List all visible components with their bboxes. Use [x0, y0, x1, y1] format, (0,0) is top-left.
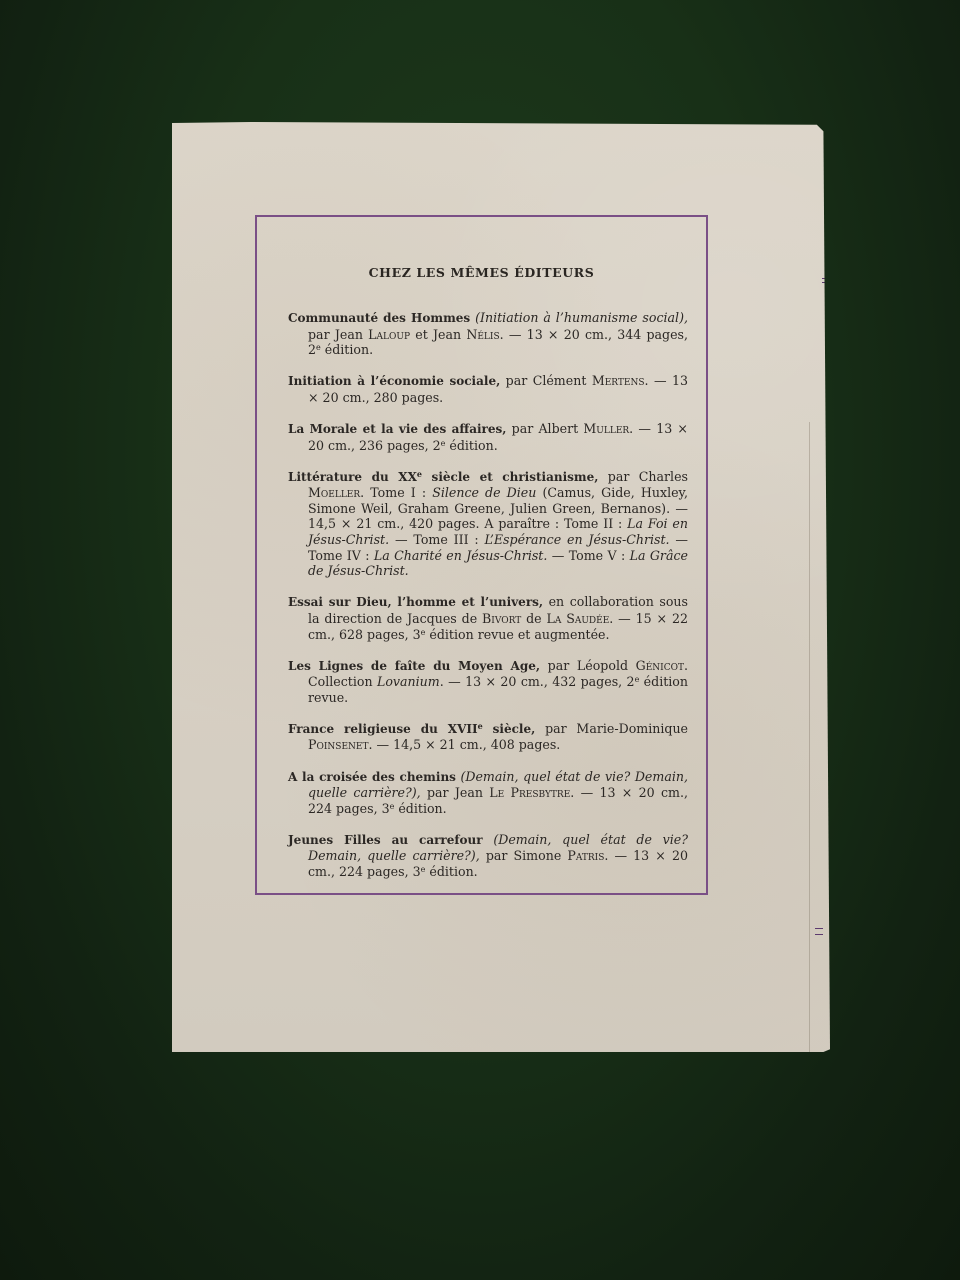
book-entry: Jeunes Filles au carrefour (Demain, quel…	[288, 832, 688, 880]
edge-mark	[815, 928, 823, 935]
book-entry: La Morale et la vie des affaires, par Al…	[288, 421, 688, 453]
book-title: Initiation à l’économie sociale,	[288, 374, 500, 388]
book-title: La Morale et la vie des affaires,	[288, 422, 506, 436]
author-name: Bivort	[482, 611, 521, 626]
book-title: Jeunes Filles au carrefour	[288, 833, 483, 847]
book-title: Essai sur Dieu, l’homme et l’univers,	[288, 595, 543, 609]
page-heading: CHEZ LES MÊMES ÉDITEURS	[257, 265, 706, 280]
author-name: Mertens	[592, 373, 645, 388]
edge-mark	[822, 278, 827, 283]
author-name: Nélis	[466, 327, 499, 342]
book-entry: Les Lignes de faîte du Moyen Age, par Lé…	[288, 658, 688, 706]
book-back-cover: CHEZ LES MÊMES ÉDITEURS Communauté des H…	[172, 122, 830, 1052]
book-entry: Essai sur Dieu, l’homme et l’univers, en…	[288, 594, 688, 642]
author-name: La Saudée	[546, 611, 609, 626]
text-frame: CHEZ LES MÊMES ÉDITEURS Communauté des H…	[255, 215, 708, 895]
book-title: Les Lignes de faîte du Moyen Age,	[288, 659, 540, 673]
book-title: Littérature du XXe siècle et christianis…	[288, 470, 598, 484]
book-list: Communauté des Hommes (Initiation à l’hu…	[288, 310, 688, 895]
author-name: Laloup	[368, 327, 410, 342]
book-title: A la croisée des chemins	[288, 770, 456, 784]
book-entry: Initiation à l’économie sociale, par Clé…	[288, 373, 688, 405]
author-name: Muller	[583, 421, 629, 436]
book-title: Communauté des Hommes	[288, 311, 470, 325]
author-name: Poinsenet	[308, 737, 368, 752]
book-entry: A la croisée des chemins (Demain, quel é…	[288, 769, 688, 817]
author-name: Génicot	[636, 658, 684, 673]
book-entry: Communauté des Hommes (Initiation à l’hu…	[288, 310, 688, 358]
book-entry: France religieuse du XVIIe siècle, par M…	[288, 721, 688, 753]
book-entry: Littérature du XXe siècle et christianis…	[288, 469, 688, 579]
book-title: France religieuse du XVIIe siècle,	[288, 722, 535, 736]
book-subtitle: (Initiation à l’humanisme social),	[475, 310, 688, 325]
spine-fold-line	[809, 422, 810, 1052]
author-name: Patris	[567, 848, 604, 863]
book-details: . — 13 × 20 cm., 432 pages, 2	[440, 674, 635, 689]
author-name: Moeller	[308, 485, 360, 500]
author-name: Le Presbytre	[489, 785, 570, 800]
book-details: . — 14,5 × 21 cm., 408 pages.	[368, 737, 560, 752]
